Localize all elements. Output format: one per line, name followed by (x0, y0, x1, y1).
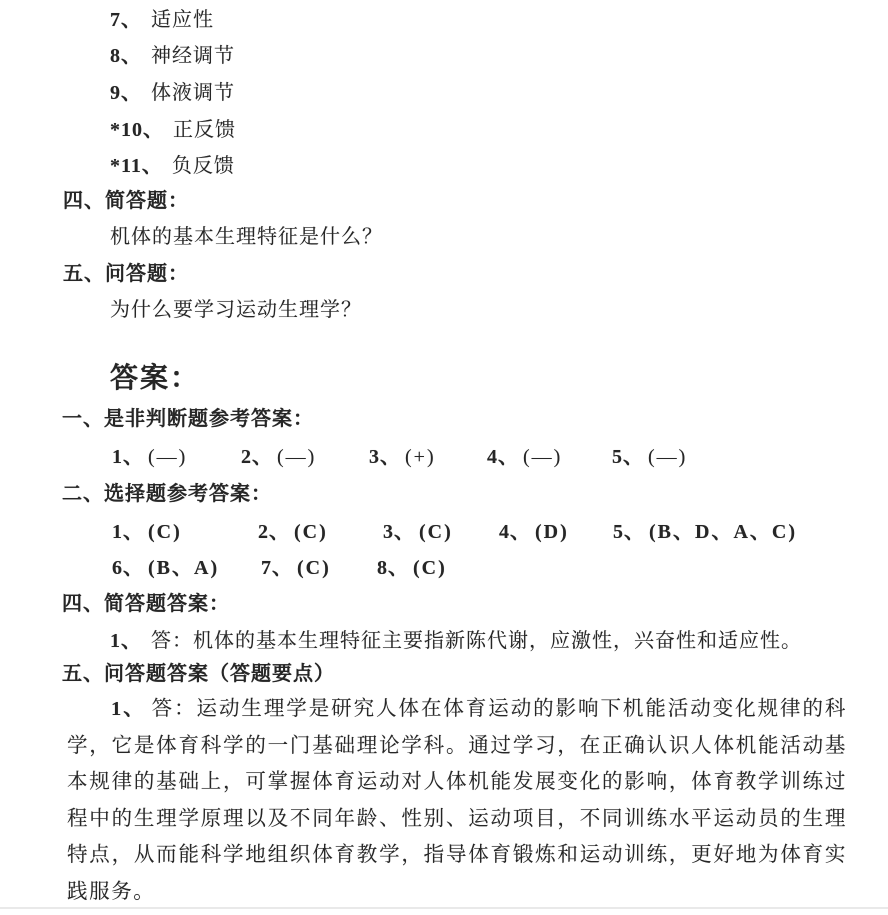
answer-value: (—) (277, 446, 316, 468)
answer-item: 8、(C) (377, 556, 447, 580)
answer-row: 1、(—) 2、(—) 3、(+) 4、(—) 5、(—) (112, 445, 687, 469)
answer-item: 1、(—) (112, 445, 235, 469)
section-label: 四、简答题答案： (62, 592, 230, 616)
short-answer-line: 1、答：机体的基本生理特征主要指新陈代谢，应激性，兴奋性和适应性。 (110, 629, 802, 653)
answer-item: 5、(B、D、A、C) (613, 520, 797, 544)
answer-number: 6、 (112, 557, 144, 579)
answers-heading: 答案： (110, 356, 200, 396)
item-term: 神经调节 (151, 45, 235, 67)
glossary-item: *11、负反馈 (110, 154, 235, 178)
answer-number: 5、 (612, 446, 644, 468)
answer-item: 6、(B、A) (112, 556, 255, 580)
answer-item: 5、(—) (612, 445, 687, 469)
answer-item: 4、(—) (487, 445, 606, 469)
answer-item: 1、(C) (112, 520, 252, 544)
item-term: 体液调节 (151, 82, 235, 104)
answer-value: (D) (535, 521, 569, 543)
item-term: 负反馈 (172, 155, 235, 177)
answer-item: 2、(C) (258, 520, 377, 544)
answer-value: (—) (523, 446, 562, 468)
essay-answer-text: 答：运动生理学是研究人体在体育运动的影响下机能活动变化规律的科学，它是体育科学的… (67, 698, 847, 903)
section-label: 二、选择题参考答案： (62, 482, 272, 506)
answer-number: 1、 (110, 630, 142, 652)
essay-answer-paragraph: 1、答：运动生理学是研究人体在体育运动的影响下机能活动变化规律的科学，它是体育科… (67, 691, 847, 910)
section-label: 四、简答题： (63, 189, 189, 213)
answer-number: 5、 (613, 521, 645, 543)
answer-item: 4、(D) (499, 520, 607, 544)
answer-item: 7、(C) (261, 556, 371, 580)
answer-value: (—) (148, 446, 187, 468)
question-text: 机体的基本生理特征是什么？ (110, 225, 383, 249)
glossary-item: *10、正反馈 (110, 118, 236, 142)
item-number: 8、 (110, 45, 142, 67)
answer-value: (C) (148, 521, 182, 543)
item-number: 9、 (110, 82, 142, 104)
answer-number: 4、 (499, 521, 531, 543)
item-number: *11、 (110, 155, 163, 177)
item-number: *10、 (110, 119, 164, 141)
question-text: 为什么要学习运动生理学？ (110, 298, 362, 322)
section-label: 五、问答题答案（答题要点） (62, 662, 335, 686)
item-term: 正反馈 (173, 119, 236, 141)
scanned-exam-page: 7、适应性 8、神经调节 9、体液调节 *10、正反馈 *11、负反馈 四、简答… (0, 0, 888, 915)
answer-number: 1、 (112, 446, 144, 468)
answer-value: (C) (419, 521, 453, 543)
item-number: 7、 (110, 9, 142, 31)
answer-number: 1、 (112, 521, 144, 543)
item-term: 适应性 (151, 9, 214, 31)
short-answer-text: 答：机体的基本生理特征主要指新陈代谢，应激性，兴奋性和适应性。 (151, 630, 802, 652)
answer-number: 4、 (487, 446, 519, 468)
answer-value: (C) (413, 557, 447, 579)
section-label: 一、是非判断题参考答案： (62, 407, 314, 431)
answer-value: (C) (297, 557, 331, 579)
answer-item: 3、(+) (369, 445, 481, 469)
answer-number: 8、 (377, 557, 409, 579)
answer-number: 2、 (241, 446, 273, 468)
answer-value: (B、A) (148, 557, 219, 579)
answer-number: 3、 (383, 521, 415, 543)
answer-value: (C) (294, 521, 328, 543)
answer-number: 2、 (258, 521, 290, 543)
answer-value: (+) (405, 446, 436, 468)
answer-item: 2、(—) (241, 445, 363, 469)
answer-number: 1、 (111, 698, 146, 720)
answer-number: 7、 (261, 557, 293, 579)
glossary-item: 9、体液调节 (110, 81, 235, 105)
answer-row: 6、(B、A) 7、(C) 8、(C) (112, 556, 447, 580)
answer-value: (—) (648, 446, 687, 468)
page-bottom-divider (0, 907, 888, 909)
glossary-item: 7、适应性 (110, 8, 214, 32)
answer-row: 1、(C) 2、(C) 3、(C) 4、(D) 5、(B、D、A、C) (112, 520, 797, 544)
answer-number: 3、 (369, 446, 401, 468)
section-label: 五、问答题： (63, 262, 189, 286)
answer-item: 3、(C) (383, 520, 493, 544)
glossary-item: 8、神经调节 (110, 44, 235, 68)
answer-value: (B、D、A、C) (649, 521, 797, 543)
